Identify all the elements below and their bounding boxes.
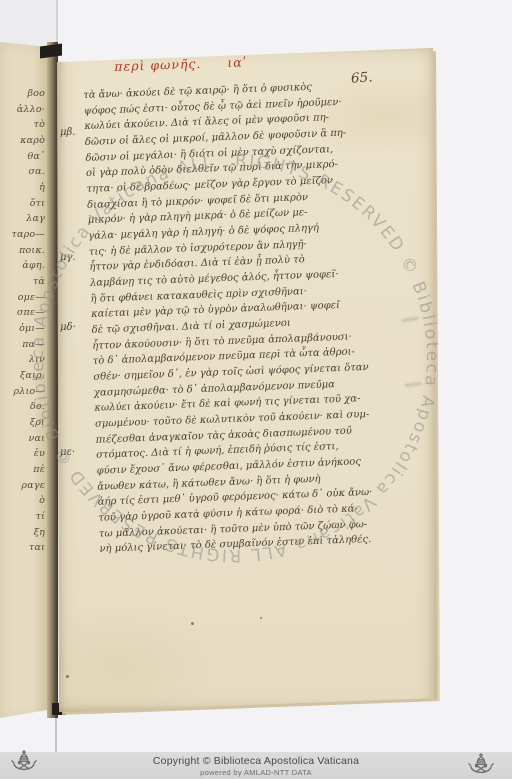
facing-page-line-fragment: ὸ [1, 493, 45, 509]
facing-page-line-fragment: πα— [1, 337, 45, 353]
rubric-heading: περὶ φωνῆς.ιαʹ [114, 54, 247, 74]
facing-page-line-fragment: ναι [1, 431, 45, 447]
facing-page-line-fragment: ἀφη. [1, 258, 45, 274]
rubric-section-number: ιαʹ [227, 54, 247, 70]
facing-page-line-fragment: ραγε [1, 478, 45, 494]
facing-page-line-fragment: ξη [1, 525, 45, 541]
facing-page-line-fragment: πὲ [1, 462, 45, 478]
powered-by-text: powered by AMLAD-NTT DATA [0, 768, 512, 777]
facing-page-line-fragment: σα. [1, 164, 45, 180]
facing-page-line-fragment: καρὸ [1, 133, 45, 149]
binding-gutter [47, 42, 58, 718]
copyright-text: Copyright © Biblioteca Apostolica Vatica… [0, 755, 512, 767]
facing-page-line-fragment: τί [1, 509, 45, 525]
manuscript-text-block: τὰ ἄνω· ἀκούει δὲ τῷ καιρῷ· ἢ ὅτι ὁ φυσι… [83, 77, 402, 558]
facing-page-line-fragment: ὅτι [1, 196, 45, 212]
facing-page-line-fragment: ρλιο— [1, 384, 45, 400]
manuscript-page: περὶ φωνῆς.ιαʹ 65. τὰ ἄνω· ἀκούει δὲ τῷ … [57, 46, 437, 714]
facing-page-edge: βοοἀλλο·τὸκαρὸθα᾽σα.ἡὅτιλαγταρο—ποικ.ἀφη… [0, 42, 47, 720]
faint-pencil-mark [402, 317, 418, 322]
facing-page-line-fragment: βοο [1, 86, 45, 102]
facing-page-line-fragment: θα᾽ [1, 149, 45, 165]
facing-page-line-fragment: ξρι [1, 415, 45, 431]
facing-page-line-fragment: τὸ [1, 117, 45, 133]
facing-page-line-endings: βοοἀλλο·τὸκαρὸθα᾽σα.ἡὅτιλαγταρο—ποικ.ἀφη… [1, 86, 45, 556]
facing-page-line-fragment: ἐυ [1, 446, 45, 462]
margin-problem-number: μδ· [60, 322, 76, 333]
ink-speck [66, 675, 69, 678]
ink-speck [260, 617, 262, 619]
rubric-title: περὶ φωνῆς. [114, 56, 202, 74]
facing-page-line-fragment: ομε— [1, 290, 45, 306]
faint-pencil-mark [405, 382, 421, 387]
binding-tab-top [40, 43, 62, 58]
facing-page-line-fragment: ποικ. [1, 243, 45, 259]
facing-page-line-fragment: ἡ [1, 180, 45, 196]
facing-page-line-fragment: τὰ [1, 274, 45, 290]
facing-page-line-fragment: ταρο— [1, 227, 45, 243]
digitized-manuscript-photo: βοοἀλλο·τὸκαρὸθα᾽σα.ἡὅτιλαγταρο—ποικ.ἀφη… [0, 0, 512, 779]
facing-page-line-fragment: σπε— [1, 305, 45, 321]
facing-page-line-fragment: ξαιρ. [1, 368, 45, 384]
rubric-gap [202, 67, 228, 68]
facing-page-line-fragment: λαγ [1, 211, 45, 227]
facing-page-line-fragment: ὀμι— [1, 321, 45, 337]
margin-problem-number: μβ. [60, 127, 75, 138]
facing-page-line-fragment: ται [1, 540, 45, 556]
margin-problem-number: με· [60, 447, 75, 458]
facing-page-line-fragment: λιν [1, 352, 45, 368]
footer-bar: Copyright © Biblioteca Apostolica Vatica… [0, 752, 512, 779]
cradle-seam-line [56, 0, 58, 46]
facing-page-line-fragment: ἀλλο· [1, 102, 45, 118]
ink-speck [191, 622, 194, 625]
photo-background-panel [0, 0, 56, 46]
margin-problem-number: μγ. [60, 252, 76, 263]
facing-page-line-fragment: δο. [1, 399, 45, 415]
